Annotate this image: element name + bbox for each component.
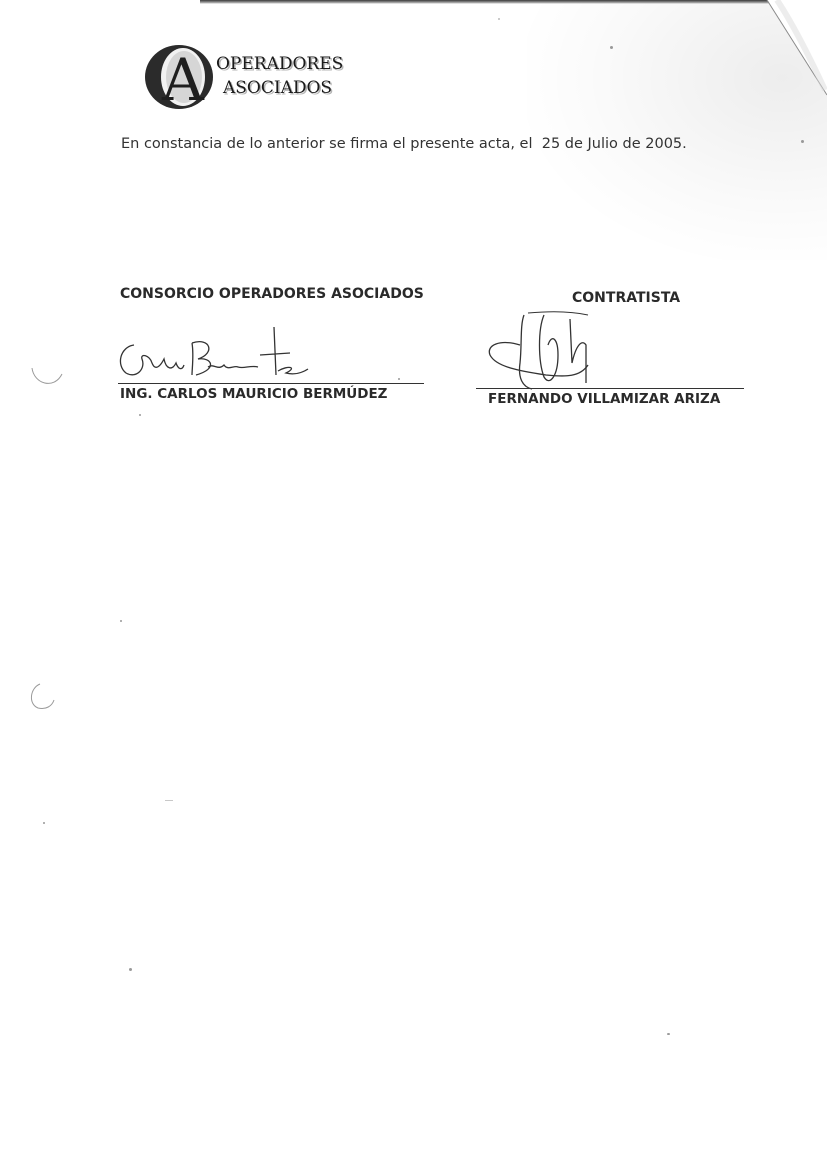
scan-speck — [129, 968, 132, 971]
scan-speck — [120, 620, 122, 622]
right-signatory-name: FERNANDO VILLAMIZAR ARIZA — [488, 391, 720, 407]
punch-hole-mark — [26, 680, 62, 712]
scan-speck — [165, 800, 173, 801]
left-signature-line — [118, 383, 424, 384]
right-signature-line — [476, 388, 744, 389]
left-signatory-name: ING. CARLOS MAURICIO BERMÚDEZ — [120, 386, 387, 402]
right-signatory-heading: CONTRATISTA — [572, 290, 680, 306]
scan-speck — [667, 1033, 670, 1035]
scan-speck — [398, 378, 400, 380]
scan-speck — [43, 822, 45, 824]
signing-statement: En constancia de lo anterior se firma el… — [121, 136, 687, 152]
punch-hole-mark — [28, 362, 64, 390]
company-logo: A OPERADORES ASOCIADOS — [143, 40, 343, 112]
logo-text-asociados: ASOCIADOS — [223, 78, 332, 98]
scan-speck — [498, 18, 500, 20]
scan-speck — [139, 414, 141, 416]
logo-text-operadores: OPERADORES — [216, 54, 343, 74]
scan-speck — [610, 46, 613, 49]
folded-corner — [737, 0, 827, 100]
svg-text:A: A — [161, 46, 205, 112]
left-signatory-heading: CONSORCIO OPERADORES ASOCIADOS — [120, 286, 424, 302]
right-signature — [480, 305, 610, 393]
logo-emblem-icon: A — [143, 40, 233, 112]
scan-speck — [801, 140, 804, 143]
scan-top-edge — [200, 0, 827, 4]
left-signature — [112, 325, 312, 387]
